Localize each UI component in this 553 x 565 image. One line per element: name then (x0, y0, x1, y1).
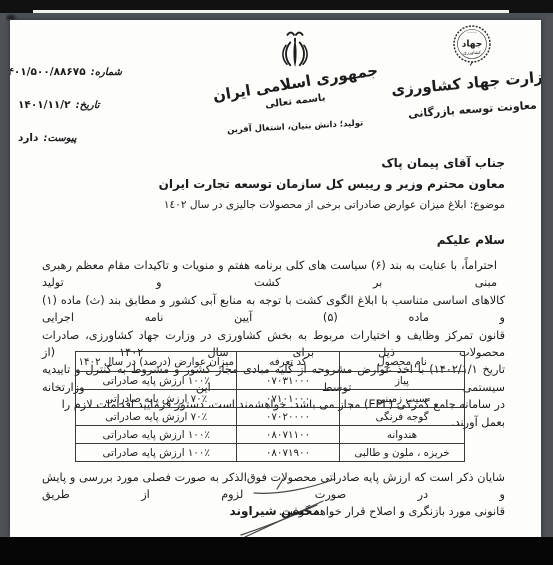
table-row: پیاز ۰۷۰۳۱۰۰۰ ۱۰۰٪ ارزش پایه صادراتی (76, 372, 465, 390)
document-page: جهاد کشاورزی ⌒⌒⌒ وزارت جهاد کشاورزی معاو… (10, 20, 541, 537)
svg-text:⌒⌒⌒: ⌒⌒⌒ (467, 31, 477, 36)
jahad-agriculture-seal-icon: جهاد کشاورزی ⌒⌒⌒ (451, 24, 493, 66)
document-viewer: جهاد کشاورزی ⌒⌒⌒ وزارت جهاد کشاورزی معاو… (0, 0, 553, 565)
recipient-block: جناب آقای پیمان پاک معاون محترم وزیر و ر… (159, 156, 505, 211)
letter-date-row: تاریخ: ۱۴۰۱/۱۱/۲ (18, 93, 122, 112)
product-cell: خربزه ، ملون و طالبی (340, 444, 465, 462)
duty-cell: ۱۰۰٪ ارزش پایه صادراتی (76, 426, 237, 444)
recipient-title: معاون محترم وزیر و رییس کل سازمان توسعه … (159, 177, 505, 191)
tariff-code-cell: ۰۷۰۲۰۰۰۰ (237, 408, 340, 426)
product-cell: پیاز (340, 372, 465, 390)
letter-attachment-value: دارد (18, 132, 38, 144)
table-row: خربزه ، ملون و طالبی ۰۸۰۷۱۹۰۰ ۱۰۰٪ ارزش … (76, 444, 465, 462)
recipient-name: جناب آقای پیمان پاک (159, 156, 505, 170)
salutation: سلام علیکم (437, 233, 505, 247)
table-row: هندوانه ۰۸۰۷۱۱۰۰ ۱۰۰٪ ارزش پایه صادراتی (76, 426, 465, 444)
year-slogan: تولید؛ دانش بنیان، اشتغال آفرین (227, 118, 364, 135)
subject-line: موضوع: ابلاغ میزان عوارض صادراتی برخی از… (159, 199, 505, 211)
table-row: سیب زمینی ۰۷۱۰۱۰۰۰ ۷۰٪ ارزش پایه صادراتی (76, 390, 465, 408)
duty-cell: ۱۰۰٪ ارزش پایه صادراتی (76, 372, 237, 390)
letter-meta-block: شماره: ۱۴۰۱/۵۰۰/۸۸۶۷۵ تاریخ: ۱۴۰۱/۱۱/۲ پ… (18, 60, 122, 159)
bottom-black-band (0, 537, 553, 565)
table-header-row: نام محصول کد تعرفه میزان عوارض (درصد) در… (76, 352, 465, 372)
product-cell: هندوانه (340, 426, 465, 444)
table-row: گوجه فرنگی ۰۷۰۲۰۰۰۰ ۷۰٪ ارزش پایه صادرات… (76, 408, 465, 426)
ministry-deputy: معاونت توسعه بازرگانی (407, 99, 536, 121)
signer-name: محسن شیراوند (248, 504, 320, 518)
duty-cell: ۷۰٪ ارزش پایه صادراتی (76, 408, 237, 426)
body-line: کالاهای اساسی متناسب با ابلاغ الگوی کشت … (42, 292, 505, 327)
product-cell: سیب زمینی (340, 390, 465, 408)
body-line: احتراماً، با عنایت به بند (۶) سیاست های … (42, 257, 505, 292)
svg-text:کشاورزی: کشاورزی (463, 50, 482, 56)
tariff-code-cell: ۰۷۰۳۱۰۰۰ (237, 372, 340, 390)
export-duty-table: نام محصول کد تعرفه میزان عوارض (درصد) در… (75, 351, 465, 462)
previous-page-edge (33, 10, 509, 13)
letter-number-value: ۱۴۰۱/۵۰۰/۸۸۶۷۵ (10, 66, 86, 78)
letter-date-value: ۱۴۰۱/۱۱/۲ (18, 99, 71, 111)
letter-attachment-label: پیوست: (44, 133, 77, 144)
col-header-product: نام محصول (340, 352, 465, 372)
iran-emblem-icon (277, 30, 313, 72)
letter-attachment-row: پیوست: دارد (18, 126, 122, 145)
letter-date-label: تاریخ: (76, 100, 100, 111)
tariff-code-cell: ۰۸۰۷۱۱۰۰ (237, 426, 340, 444)
product-cell: گوجه فرنگی (340, 408, 465, 426)
letter-number-label: شماره: (91, 67, 122, 78)
duty-cell: ۷۰٪ ارزش پایه صادراتی (76, 390, 237, 408)
letter-number-row: شماره: ۱۴۰۱/۵۰۰/۸۸۶۷۵ (18, 60, 122, 79)
tariff-code-cell: ۰۷۱۰۱۰۰۰ (237, 390, 340, 408)
col-header-tariff-code: کد تعرفه (237, 352, 340, 372)
ministry-name: وزارت جهاد کشاورزی (391, 67, 541, 99)
col-header-duty: میزان عوارض (درصد) در سال ۱۴۰۲ (76, 352, 237, 372)
national-header-block: جمهوری اسلامی ایران باسمه تعالی تولید؛ د… (215, 30, 375, 132)
svg-text:جهاد: جهاد (462, 40, 482, 50)
duty-cell: ۱۰۰٪ ارزش پایه صادراتی (76, 444, 237, 462)
tariff-code-cell: ۰۸۰۷۱۹۰۰ (237, 444, 340, 462)
ministry-header-block: جهاد کشاورزی ⌒⌒⌒ وزارت جهاد کشاورزی معاو… (408, 24, 536, 116)
